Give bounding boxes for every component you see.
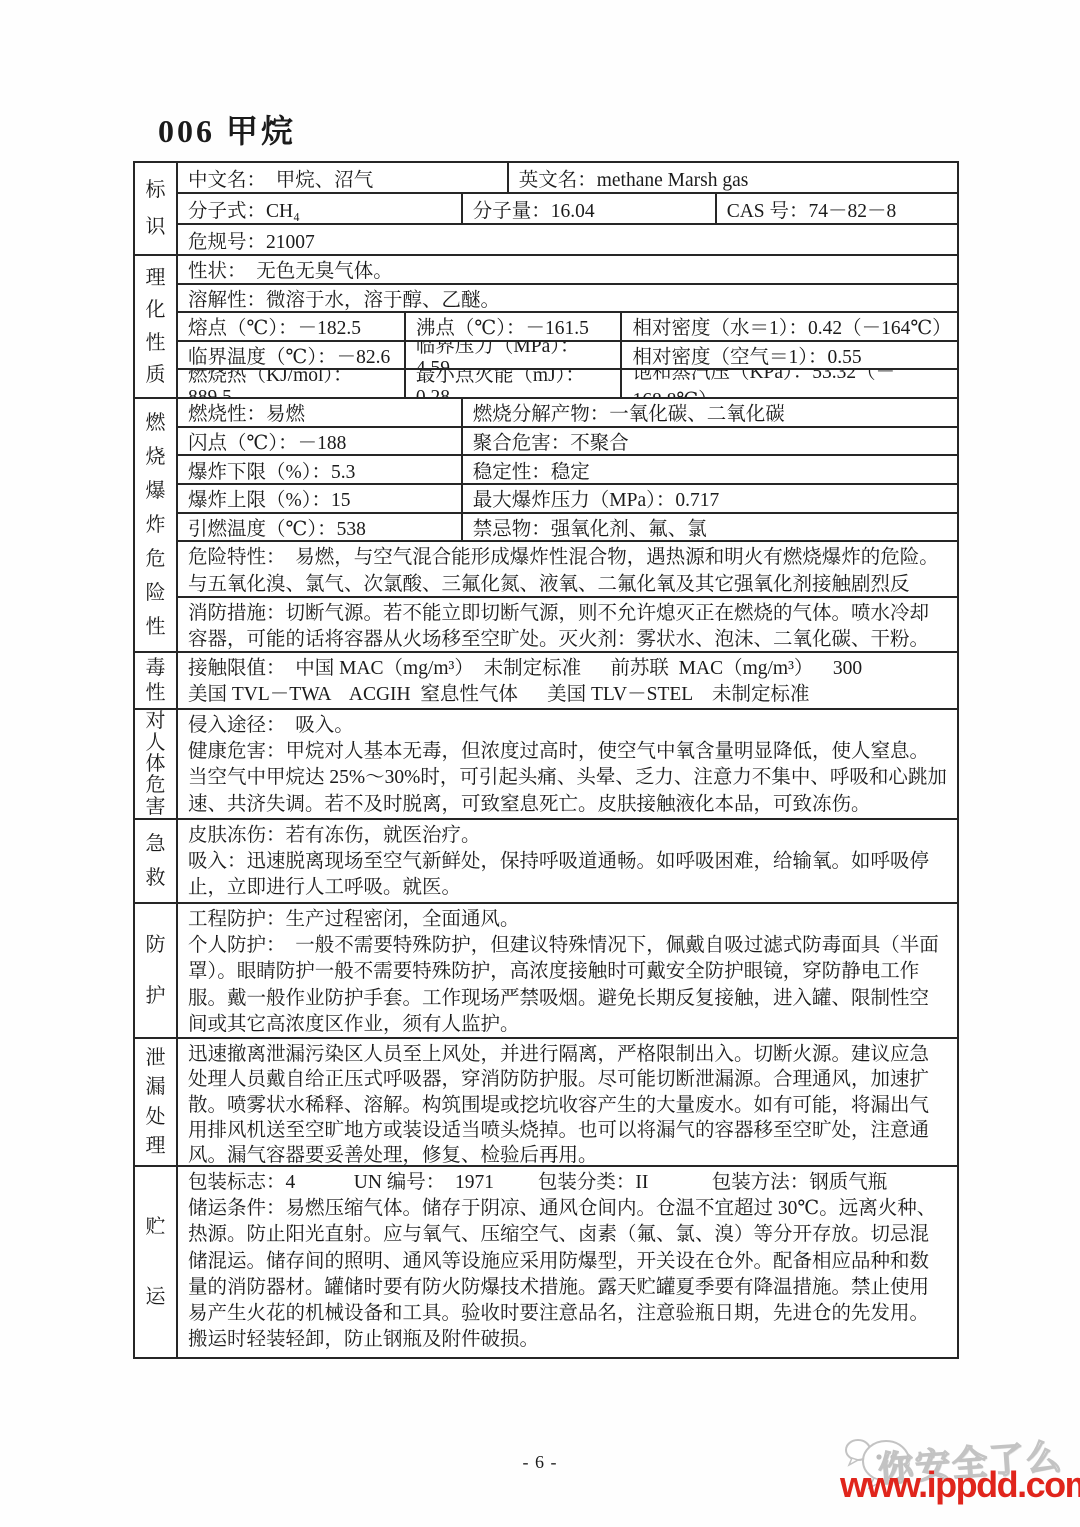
section-storage: 贮运 包装标志：4 UN 编号： 1971 包装分类：II 包装方法：钢质气瓶 …	[135, 1165, 957, 1357]
table-row: 接触限值： 中国 MAC（mg/m³） 未制定标准 前苏联 MAC（mg/m³）…	[178, 653, 957, 708]
field-combustion-products: 燃烧分解产物：一氧化碳、二氧化碳	[461, 399, 957, 426]
field-chinese-name: 中文名： 甲烷、沼气	[178, 163, 507, 192]
section-first-aid: 急救 皮肤冻伤：若有冻伤，就医治疗。 吸入：迅速脱离现场至空气新鲜处，保持呼吸道…	[135, 818, 957, 902]
table-row: 燃烧性：易燃 燃烧分解产物：一氧化碳、二氧化碳	[178, 399, 957, 426]
table-row: 引燃温度（℃）：538 禁忌物：强氧化剂、氟、氯	[178, 512, 957, 541]
field-flammability: 燃烧性：易燃	[178, 399, 461, 426]
field-critical-temperature: 临界温度（℃）：－82.6	[178, 342, 404, 369]
table-row: 侵入途径： 吸入。 健康危害：甲烷对人基本无毒，但浓度过高时，使空气中氧含量明显…	[178, 710, 957, 818]
field-incompatibilities: 禁忌物：强氧化剂、氟、氯	[461, 514, 957, 541]
section-label-leakage: 泄漏处理	[135, 1039, 178, 1165]
section-label-toxicity: 毒性	[135, 653, 178, 708]
field-stability: 稳定性：稳定	[461, 456, 957, 483]
section-label-first-aid: 急救	[135, 820, 178, 902]
field-storage-transport: 包装标志：4 UN 编号： 1971 包装分类：II 包装方法：钢质气瓶 储运条…	[178, 1167, 957, 1357]
table-row: 溶解性：微溶于水，溶于醇、乙醚。	[178, 283, 957, 312]
table-row: 分子式：CH₄ 分子量：16.04 CAS 号：74－82－8	[178, 192, 957, 223]
watermark: 你安全了么 www.ippdd.com	[840, 1426, 1080, 1526]
table-row: 包装标志：4 UN 编号： 1971 包装分类：II 包装方法：钢质气瓶 储运条…	[178, 1167, 957, 1357]
table-row: 危规号：21007	[178, 223, 957, 254]
field-critical-pressure: 临界压力（MPa）：4.59	[404, 342, 621, 369]
field-polymerization-hazard: 聚合危害：不聚合	[461, 428, 957, 455]
field-protection: 工程防护：生产过程密闭，全面通风。 个人防护： 一般不需要特殊防护，但建议特殊情…	[178, 904, 957, 1037]
watermark-url: www.ippdd.com	[840, 1464, 1080, 1506]
table-row: 爆炸下限（%）：5.3 稳定性：稳定	[178, 454, 957, 483]
field-boiling-point: 沸点（℃）：－161.5	[404, 313, 621, 340]
section-physchem: 理化性质 性状： 无色无臭气体。 溶解性：微溶于水，溶于醇、乙醚。 熔点（℃）：…	[135, 254, 957, 397]
section-label-physchem: 理化性质	[135, 256, 178, 397]
section-protection: 防护 工程防护：生产过程密闭，全面通风。 个人防护： 一般不需要特殊防护，但建议…	[135, 902, 957, 1037]
section-label-human-harm: 对人体危害	[135, 710, 178, 818]
page-title: 006 甲烷	[158, 106, 296, 152]
section-label-fire-explosion: 燃烧爆炸危险性	[135, 399, 178, 651]
field-appearance: 性状： 无色无臭气体。	[178, 256, 957, 283]
table-row: 熔点（℃）：－182.5 沸点（℃）：－161.5 相对密度（水＝1）：0.42…	[178, 311, 957, 340]
table-row: 爆炸上限（%）：15 最大爆炸压力（MPa）：0.717	[178, 483, 957, 512]
field-melting-point: 熔点（℃）：－182.5	[178, 313, 404, 340]
section-label-protection: 防护	[135, 904, 178, 1037]
field-first-aid: 皮肤冻伤：若有冻伤，就医治疗。 吸入：迅速脱离现场至空气新鲜处，保持呼吸道通畅。…	[178, 820, 957, 902]
table-row: 性状： 无色无臭气体。	[178, 256, 957, 283]
table-row: 消防措施：切断气源。若不能立即切断气源，则不允许熄灭正在燃烧的气体。喷水冷却容器…	[178, 596, 957, 651]
field-dangerous-goods-code: 危规号：21007	[178, 225, 957, 254]
section-label-storage: 贮运	[135, 1167, 178, 1357]
field-health-hazards: 侵入途径： 吸入。 健康危害：甲烷对人基本无毒，但浓度过高时，使空气中氧含量明显…	[178, 710, 957, 818]
field-flash-point: 闪点（℃）：－188	[178, 428, 461, 455]
section-human-harm: 对人体危害 侵入途径： 吸入。 健康危害：甲烷对人基本无毒，但浓度过高时，使空气…	[135, 708, 957, 818]
field-min-ignition-energy: 最小点火能（mJ）：0.28	[404, 370, 621, 397]
field-cas-number: CAS 号：74－82－8	[715, 194, 957, 223]
field-max-explosion-pressure: 最大爆炸压力（MPa）：0.717	[461, 485, 957, 512]
section-toxicity: 毒性 接触限值： 中国 MAC（mg/m³） 未制定标准 前苏联 MAC（mg/…	[135, 651, 957, 708]
table-row: 中文名： 甲烷、沼气 英文名：methane Marsh gas	[178, 163, 957, 192]
field-relative-density-water: 相对密度（水＝1）：0.42（－164℃）	[620, 313, 957, 340]
field-combustion-heat: 燃烧热（KJ/mol）：889.5	[178, 370, 404, 397]
field-fire-fighting: 消防措施：切断气源。若不能立即切断气源，则不允许熄灭正在燃烧的气体。喷水冷却容器…	[178, 598, 957, 651]
field-explosion-upper-limit: 爆炸上限（%）：15	[178, 485, 461, 512]
table-row: 燃烧热（KJ/mol）：889.5 最小点火能（mJ）：0.28 饱和蒸汽压（K…	[178, 368, 957, 397]
section-leakage: 泄漏处理 迅速撤离泄漏污染区人员至上风处，并进行隔离，严格限制出入。切断火源。建…	[135, 1037, 957, 1165]
field-exposure-limits: 接触限值： 中国 MAC（mg/m³） 未制定标准 前苏联 MAC（mg/m³）…	[178, 653, 957, 708]
field-ignition-temperature: 引燃温度（℃）：538	[178, 514, 461, 541]
section-identification: 标识 中文名： 甲烷、沼气 英文名：methane Marsh gas 分子式：…	[135, 163, 957, 254]
msds-table: 标识 中文名： 甲烷、沼气 英文名：methane Marsh gas 分子式：…	[133, 161, 959, 1359]
table-row: 迅速撤离泄漏污染区人员至上风处，并进行隔离，严格限制出入。切断火源。建议应急处理…	[178, 1039, 957, 1165]
field-solubility: 溶解性：微溶于水，溶于醇、乙醚。	[178, 285, 957, 312]
section-label-identification: 标识	[135, 163, 178, 254]
field-molecular-weight: 分子量：16.04	[461, 194, 715, 223]
field-relative-density-air: 相对密度（空气＝1）：0.55	[620, 342, 957, 369]
field-leakage-disposal: 迅速撤离泄漏污染区人员至上风处，并进行隔离，严格限制出入。切断火源。建议应急处理…	[178, 1039, 957, 1165]
table-row: 危险特性： 易燃，与空气混合能形成爆炸性混合物，遇热源和明火有燃烧爆炸的危险。与…	[178, 540, 957, 595]
table-row: 闪点（℃）：－188 聚合危害：不聚合	[178, 426, 957, 455]
table-row: 皮肤冻伤：若有冻伤，就医治疗。 吸入：迅速脱离现场至空气新鲜处，保持呼吸道通畅。…	[178, 820, 957, 902]
field-saturated-vapor-pressure: 饱和蒸汽压（KPa）：53.32（－168.8℃）	[620, 370, 957, 397]
field-explosion-lower-limit: 爆炸下限（%）：5.3	[178, 456, 461, 483]
table-row: 临界温度（℃）：－82.6 临界压力（MPa）：4.59 相对密度（空气＝1）：…	[178, 340, 957, 369]
field-hazard-characteristics: 危险特性： 易燃，与空气混合能形成爆炸性混合物，遇热源和明火有燃烧爆炸的危险。与…	[178, 542, 957, 595]
table-row: 工程防护：生产过程密闭，全面通风。 个人防护： 一般不需要特殊防护，但建议特殊情…	[178, 904, 957, 1037]
field-molecular-formula: 分子式：CH₄	[178, 194, 461, 223]
field-english-name: 英文名：methane Marsh gas	[507, 163, 957, 192]
section-fire-explosion: 燃烧爆炸危险性 燃烧性：易燃 燃烧分解产物：一氧化碳、二氧化碳 闪点（℃）：－1…	[135, 397, 957, 651]
